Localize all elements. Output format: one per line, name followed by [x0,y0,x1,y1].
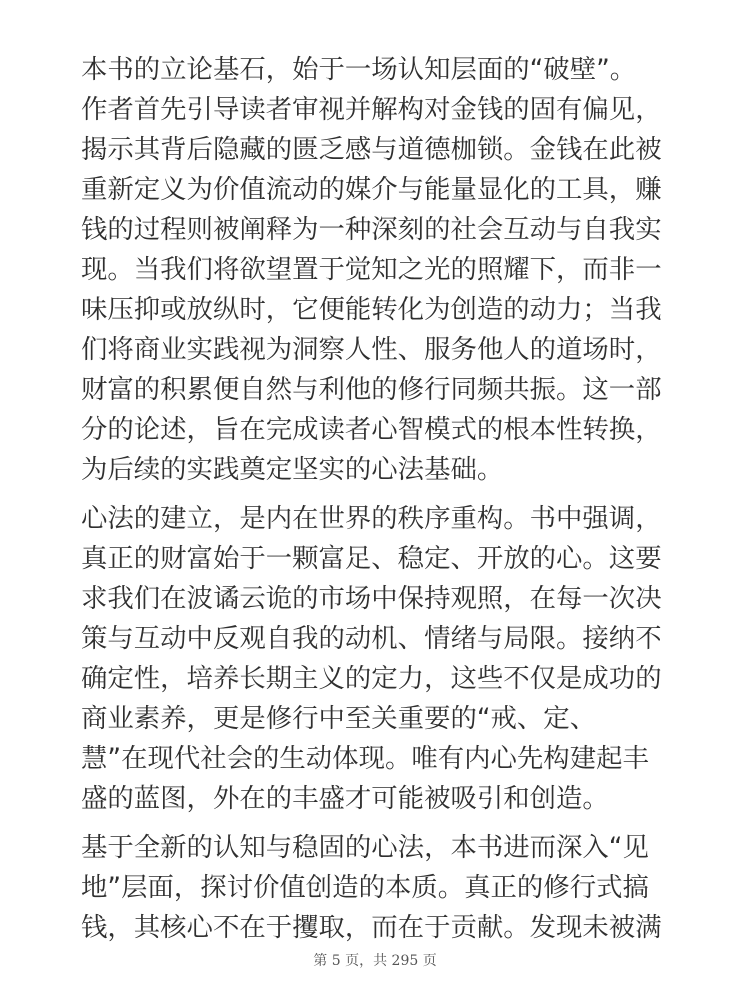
text-line: 钱，其核心不在于攫取，而在于贡献。发现未被满 [81,908,681,948]
text-line: 地”层面，探讨价值创造的本质。真正的修行式搞 [81,868,681,908]
page-content: 本书的立论基石，始于一场认知层面的“破壁”。 作者首先引导读者审视并解构对金钱的… [81,50,681,957]
paragraph-1: 本书的立论基石，始于一场认知层面的“破壁”。 作者首先引导读者审视并解构对金钱的… [81,50,681,490]
text-line: 味压抑或放纵时，它便能转化为创造的动力；当我 [81,290,681,330]
text-line: 本书的立论基石，始于一场认知层面的“破壁”。 [81,50,681,90]
text-line: 盛的蓝图，外在的丰盛才可能被吸引和创造。 [81,779,681,819]
text-line: 基于全新的认知与稳固的心法，本书进而深入“见 [81,828,681,868]
paragraph-3: 基于全新的认知与稳固的心法，本书进而深入“见 地”层面，探讨价值创造的本质。真正… [81,828,681,948]
document-page: 本书的立论基石，始于一场认知层面的“破壁”。 作者首先引导读者审视并解构对金钱的… [0,0,750,1000]
text-line: 财富的积累便自然与利他的修行同频共振。这一部 [81,370,681,410]
text-line: 求我们在波谲云诡的市场中保持观照，在每一次决 [81,579,681,619]
paragraph-2: 心法的建立，是内在世界的秩序重构。书中强调， 真正的财富始于一颗富足、稳定、开放… [81,499,681,819]
text-line: 现。当我们将欲望置于觉知之光的照耀下，而非一 [81,250,681,290]
text-line: 作者首先引导读者审视并解构对金钱的固有偏见， [81,90,681,130]
text-line: 商业素养，更是修行中至关重要的“戒、定、 [81,699,681,739]
text-line: 慧”在现代社会的生动体现。唯有内心先构建起丰 [81,739,681,779]
text-line: 心法的建立，是内在世界的秩序重构。书中强调， [81,499,681,539]
text-line: 钱的过程则被阐释为一种深刻的社会互动与自我实 [81,210,681,250]
text-line: 策与互动中反观自我的动机、情绪与局限。接纳不 [81,619,681,659]
text-line: 分的论述，旨在完成读者心智模式的根本性转换， [81,410,681,450]
text-line: 确定性，培养长期主义的定力，这些不仅是成功的 [81,659,681,699]
text-line: 重新定义为价值流动的媒介与能量显化的工具，赚 [81,170,681,210]
text-line: 为后续的实践奠定坚实的心法基础。 [81,450,681,490]
text-line: 真正的财富始于一颗富足、稳定、开放的心。这要 [81,539,681,579]
page-indicator: 第 5 页，共 295 页 [0,952,750,970]
text-line: 揭示其背后隐藏的匮乏感与道德枷锁。金钱在此被 [81,130,681,170]
text-line: 们将商业实践视为洞察人性、服务他人的道场时， [81,330,681,370]
